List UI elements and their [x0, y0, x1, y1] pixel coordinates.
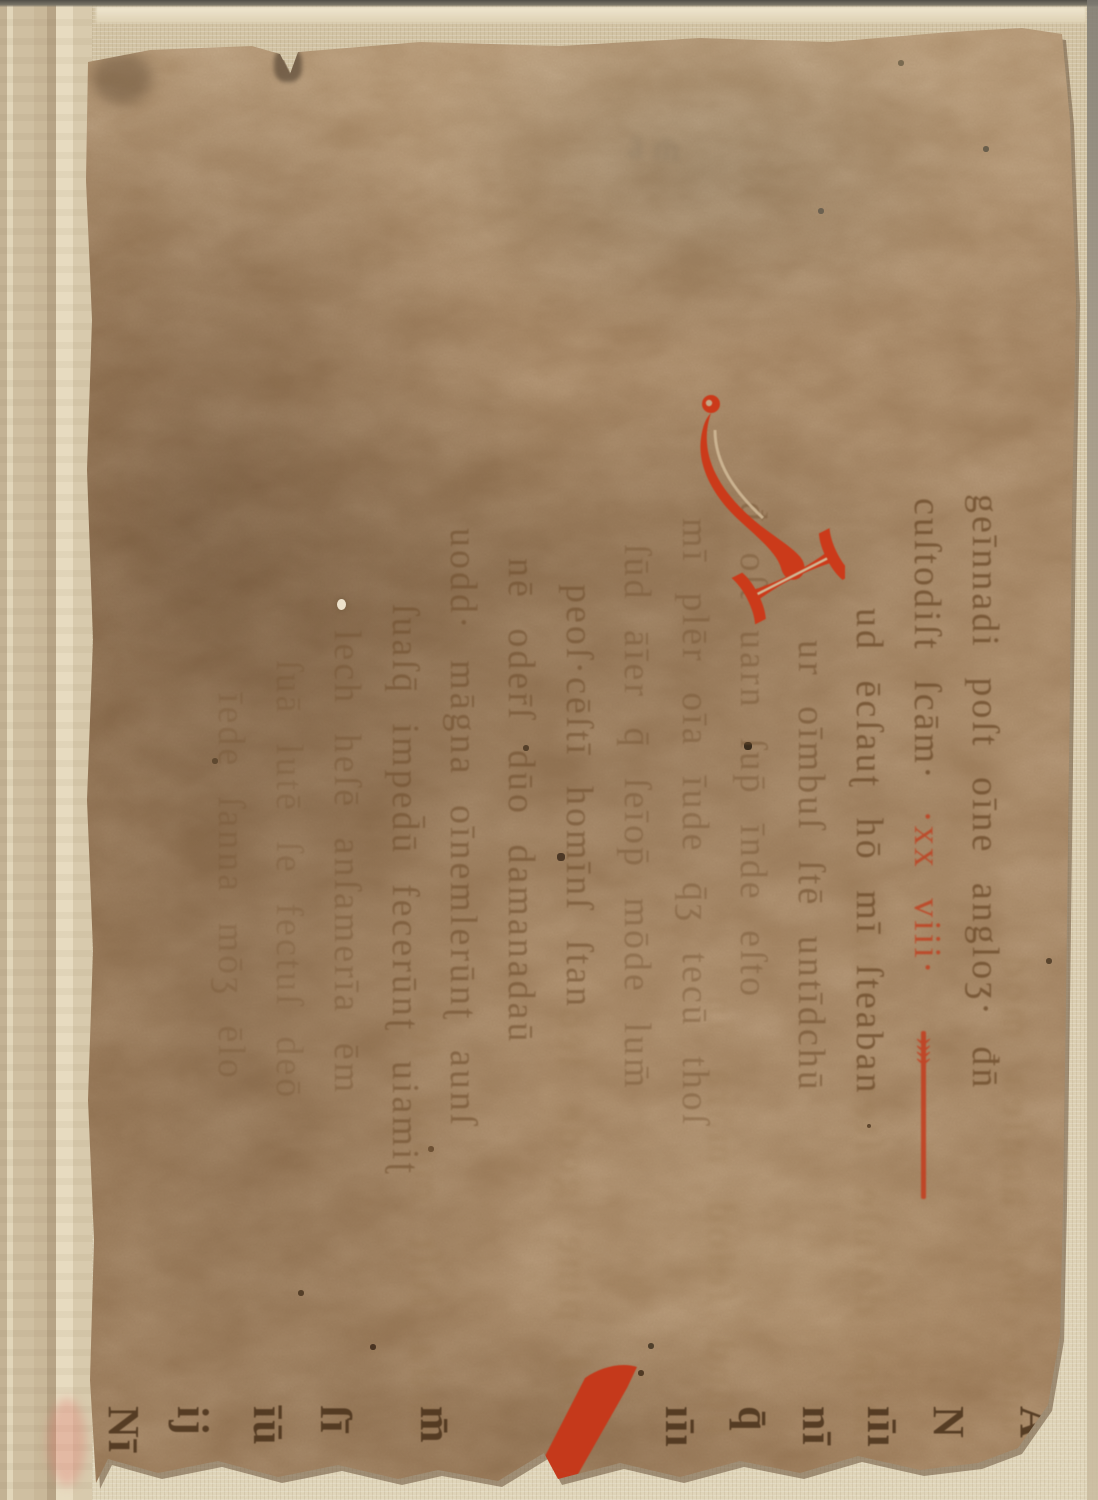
parchment-leaf: ām̄ unde hoſ anglea mod mīm dōſule ſtera… [0, 0, 1098, 1500]
rubric-pre-text: cuſtodiſt ſcām· [906, 498, 948, 782]
text-fragment: nī [792, 1406, 843, 1447]
corner-stain [92, 52, 152, 104]
text-fragment: ij [167, 1406, 218, 1437]
manuscript-line: geīnnadi poſt oīne angloʒ· đn̄ [956, 488, 1014, 1468]
text-fragment: ıīı [655, 1406, 706, 1449]
manuscript-line: ſuā lutē ſe fectuſ deō [260, 488, 318, 1468]
manuscript-line: peoſ·cēſtī homīnſ ſtan [550, 488, 608, 1468]
manuscript-line: lech heſē anſamerīa ēm [318, 488, 376, 1468]
pink-smudge [48, 1398, 86, 1486]
board-top-edge-highlight [96, 7, 1086, 23]
text-fragment: īū [243, 1406, 294, 1447]
binding-spine [0, 0, 92, 1500]
manuscript-textblock: geīnnadi poſt oīne angloʒ· đn̄ cuſtodiſt… [200, 488, 1014, 1468]
manuscript-line: uodd· māgna oīnemlerūnʈ aunſ [434, 488, 492, 1468]
manuscript-line: nē oder̄ſ dūo damanadaū [492, 488, 550, 1468]
text-fragment: N [923, 1406, 974, 1440]
rubric-numeral: ·xx viii· [906, 810, 948, 976]
text-fragment: q̄ [728, 1406, 779, 1432]
manuscript-line-rubric: cuſtodiſt ſcām· ·xx viii· »» [898, 488, 956, 1468]
initial-letter-value: I [655, 378, 656, 379]
text-fragment: ſī [310, 1406, 361, 1434]
manuscript-line: ſuaſq̄ imped̄ū fecerūnʈ uiamiʈ [376, 488, 434, 1468]
scanner-edge-right [1087, 0, 1098, 1500]
text-fragment: m̄ [410, 1406, 461, 1445]
manuscript-line: ud ēcſauʈ hō mī ſteaban [840, 488, 898, 1468]
illuminated-initial-icon: I [655, 378, 845, 718]
scanner-edge-top [0, 0, 1098, 7]
manuscript-scan: ām̄ unde hoſ anglea mod mīm dōſule ſtera… [0, 0, 1098, 1500]
manuscript-line: īede ſanna mōʒ ēlo [202, 488, 260, 1468]
text-fragment: ıīı [857, 1406, 908, 1449]
line-filler-arrow-icon: »» [905, 1031, 943, 1201]
text-fragment: Nī [98, 1406, 149, 1454]
